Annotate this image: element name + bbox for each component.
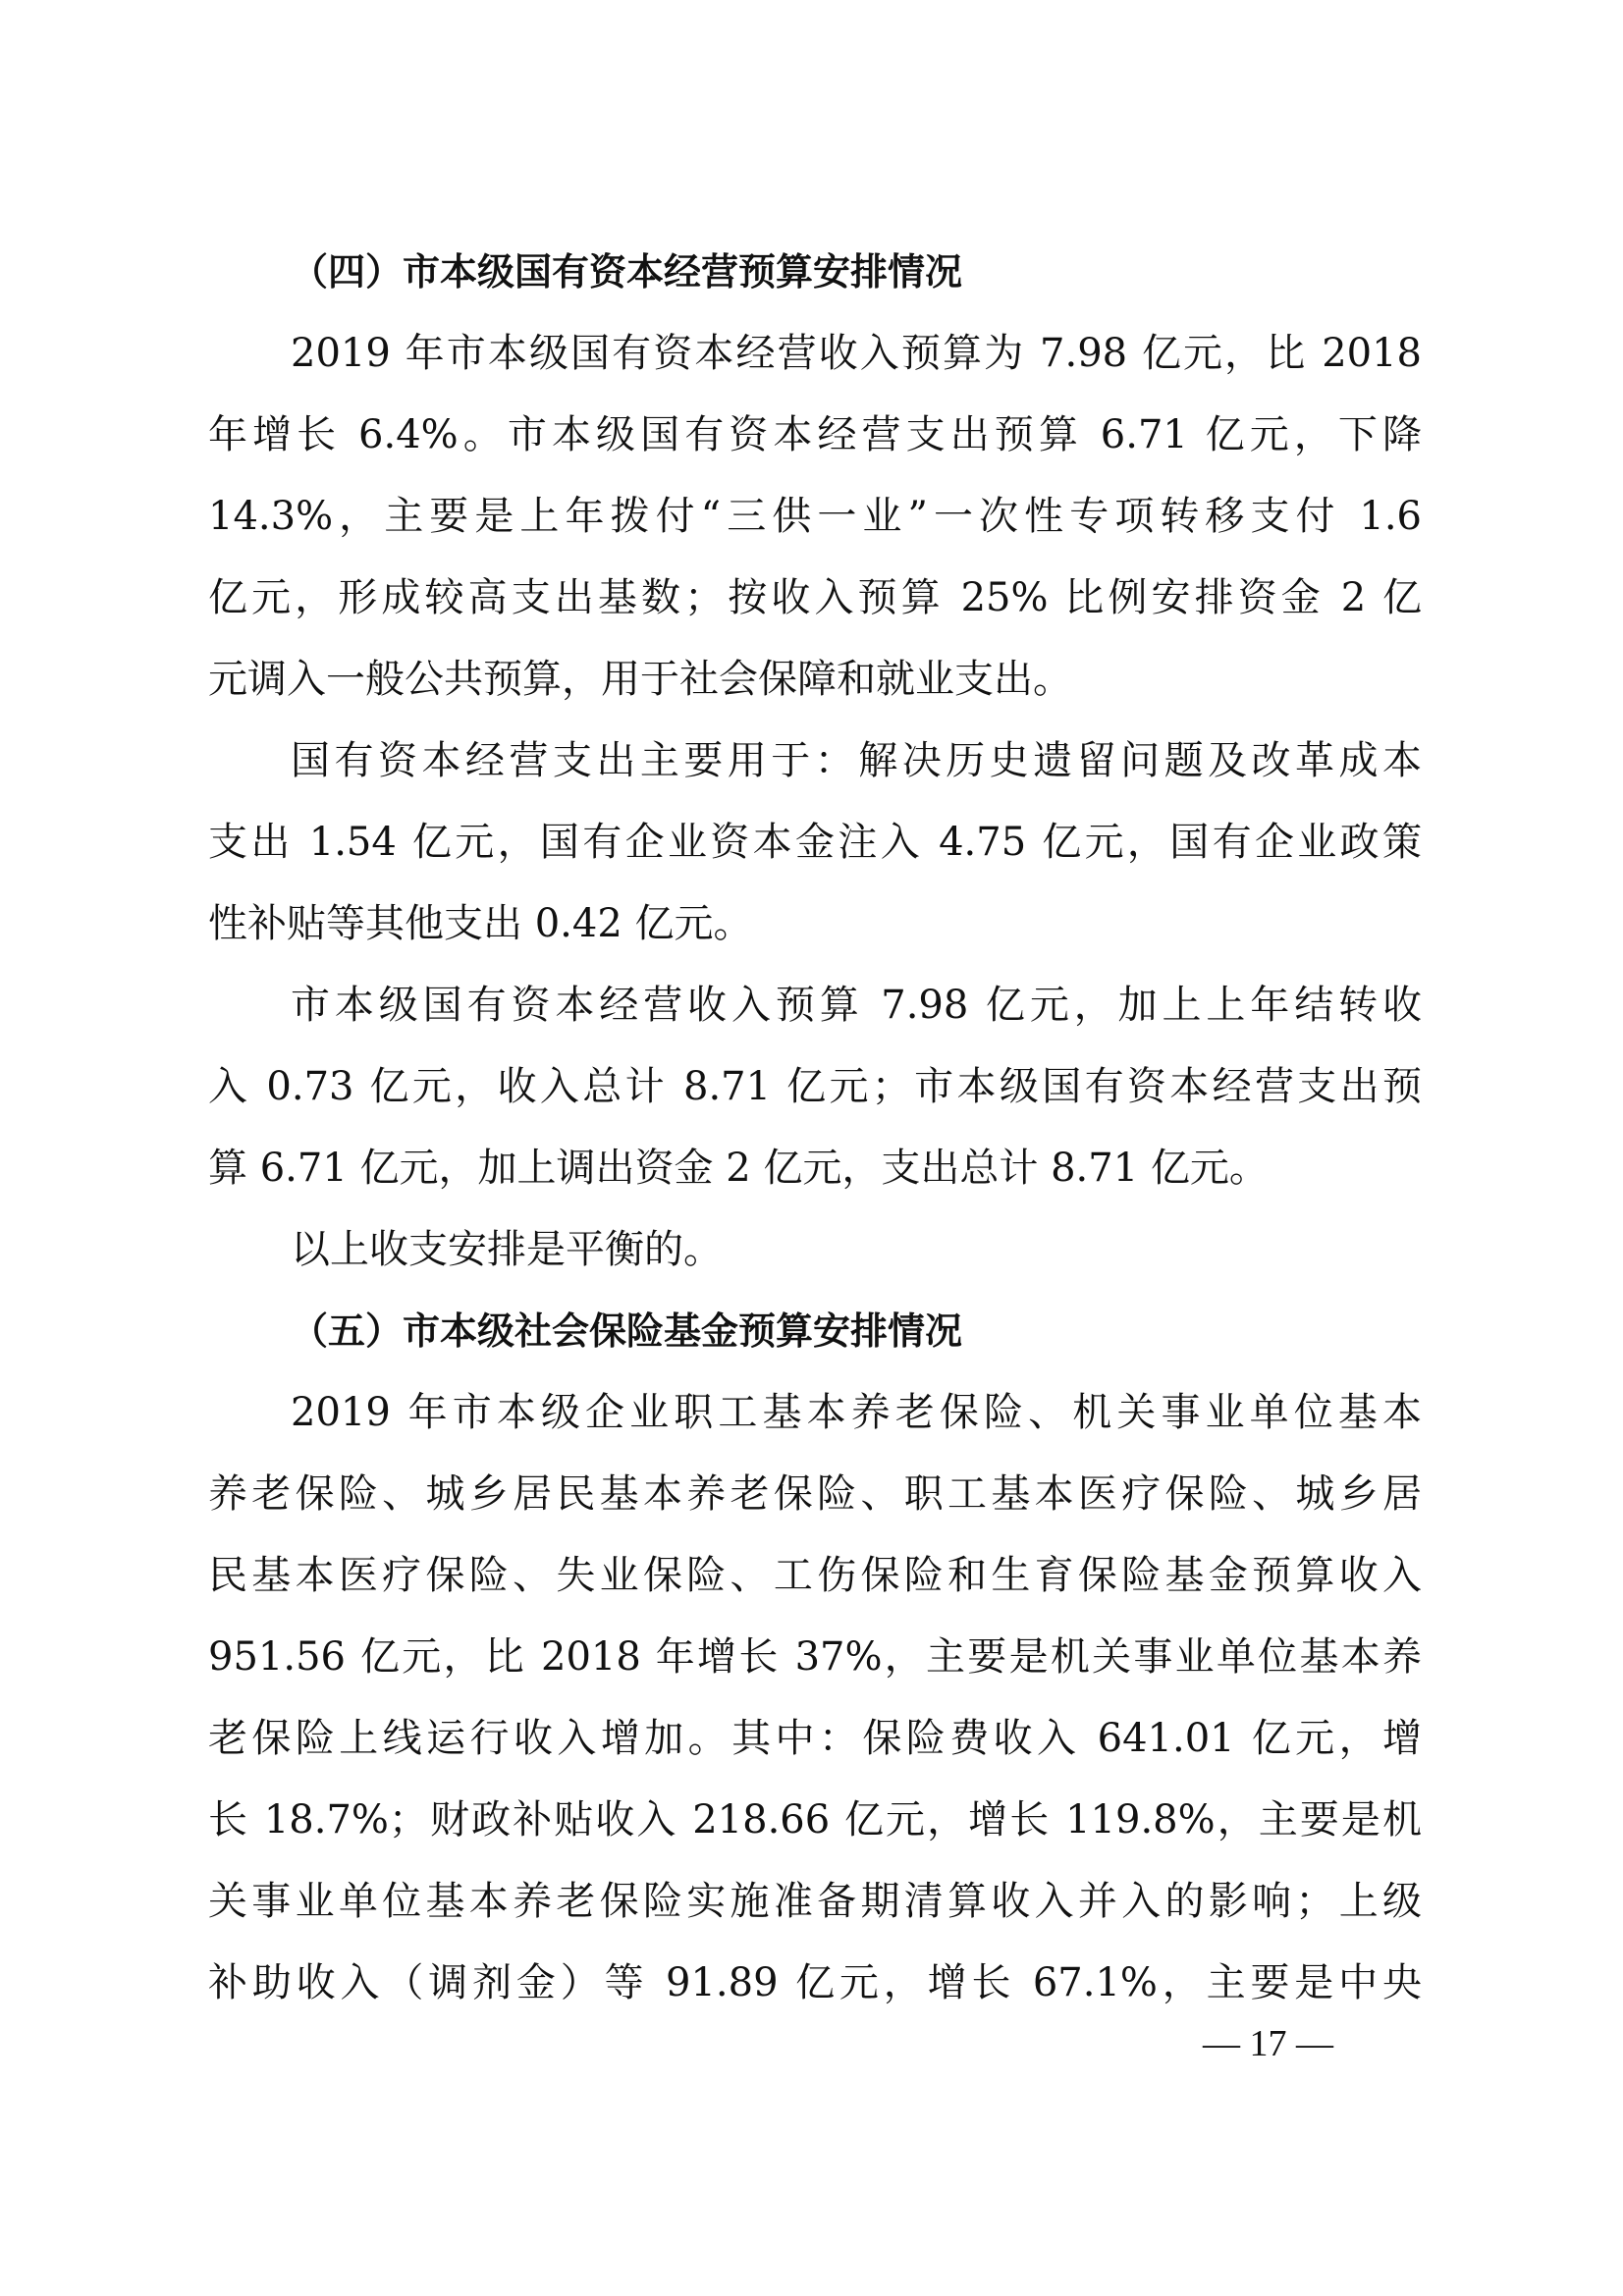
paragraph-line: 14.3%，主要是上年拨付“三供一业”一次性专项转移支付 1.6 [208, 487, 1422, 546]
paragraph-line: 2019 年市本级企业职工基本养老保险、机关事业单位基本 [291, 1383, 1422, 1442]
paragraph-line: 亿元，形成较高支出基数；按收入预算 25% 比例安排资金 2 亿 [208, 568, 1422, 627]
paragraph-line: 入 0.73 亿元，收入总计 8.71 亿元；市本级国有资本经营支出预 [208, 1057, 1422, 1116]
paragraph-line: 支出 1.54 亿元，国有企业资本金注入 4.75 亿元，国有企业政策 [208, 813, 1422, 872]
paragraph-line: 元调入一般公共预算，用于社会保障和就业支出。 [208, 650, 1422, 709]
paragraph-line: 补助收入（调剂金）等 91.89 亿元，增长 67.1%，主要是中央 [208, 1953, 1422, 2012]
paragraph-line: 951.56 亿元，比 2018 年增长 37%，主要是机关事业单位基本养 [208, 1628, 1422, 1686]
paragraph-line: 年增长 6.4%。市本级国有资本经营支出预算 6.71 亿元，下降 [208, 405, 1422, 464]
paragraph-line: 以上收支安排是平衡的。 [291, 1220, 1422, 1279]
document-page: （四）市本级国有资本经营预算安排情况 2019 年市本级国有资本经营收入预算为 … [0, 0, 1623, 2296]
paragraph-line: 老保险上线运行收入增加。其中：保险费收入 641.01 亿元，增 [208, 1709, 1422, 1768]
paragraph-line: 养老保险、城乡居民基本养老保险、职工基本医疗保险、城乡居 [208, 1465, 1422, 1523]
paragraph-line: 性补贴等其他支出 0.42 亿元。 [208, 894, 1422, 953]
section-heading-4: （四）市本级国有资本经营预算安排情况 [291, 242, 1422, 301]
paragraph-line: 长 18.7%；财政补贴收入 218.66 亿元，增长 119.8%，主要是机 [208, 1790, 1422, 1849]
paragraph-line: 国有资本经营支出主要用于：解决历史遗留问题及改革成本 [291, 731, 1422, 790]
section-heading-5: （五）市本级社会保险基金预算安排情况 [291, 1302, 1422, 1361]
paragraph-line: 关事业单位基本养老保险实施准备期清算收入并入的影响；上级 [208, 1872, 1422, 1931]
page-number: — 17 — [1203, 2019, 1333, 2068]
paragraph-line: 民基本医疗保险、失业保险、工伤保险和生育保险基金预算收入 [208, 1546, 1422, 1605]
paragraph-line: 算 6.71 亿元，加上调出资金 2 亿元，支出总计 8.71 亿元。 [208, 1139, 1422, 1198]
paragraph-line: 2019 年市本级国有资本经营收入预算为 7.98 亿元，比 2018 [291, 324, 1422, 383]
paragraph-line: 市本级国有资本经营收入预算 7.98 亿元，加上上年结转收 [291, 976, 1422, 1035]
